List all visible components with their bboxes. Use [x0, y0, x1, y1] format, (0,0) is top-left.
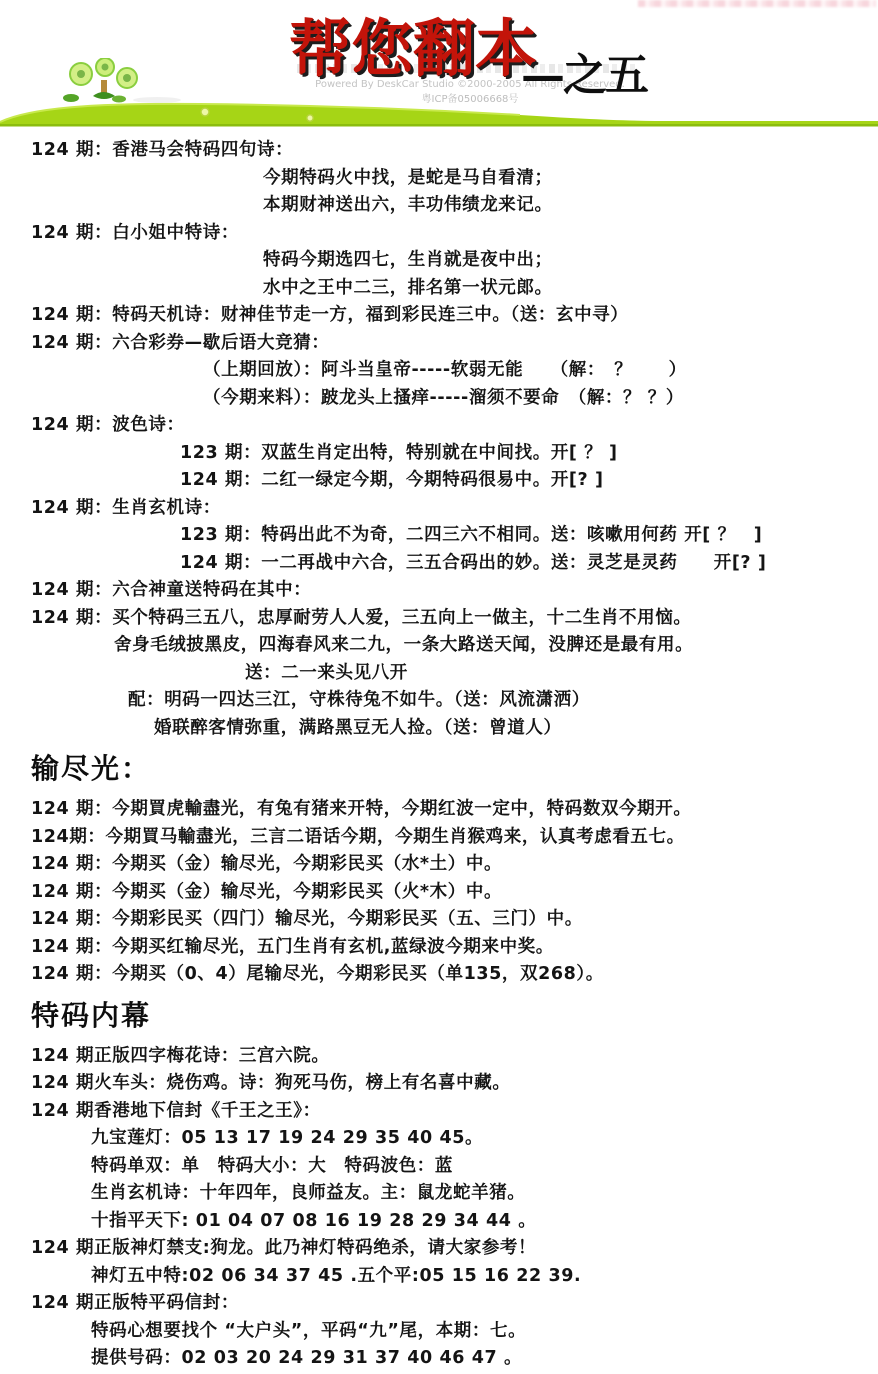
text-line: 配：明码一四达三江，守株待兔不如牛。（送：风流潇洒）: [128, 687, 878, 715]
green-hill-decoration: [0, 98, 878, 132]
text-line: 124 期：波色诗：: [31, 412, 878, 440]
text-line: 生肖玄机诗：十年四年，良师益友。主：鼠龙蛇羊猪。: [91, 1180, 878, 1208]
content-body: 124 期：香港马会特码四句诗：今期特码火中找，是蛇是马自看清；本期财神送出六，…: [0, 133, 878, 1373]
page: Powered By DeskCar Studio ©2000-2005 All…: [0, 0, 878, 1374]
text-line: 提供号码：02 03 20 24 29 31 37 40 46 47 。: [91, 1345, 878, 1373]
text-line: 特码内幕: [31, 998, 878, 1034]
text-line: 124 期：今期买（金）输尽光，今期彩民买（火*木）中。: [31, 879, 878, 907]
text-line: 神灯五中特:02 06 34 37 45 .五个平:05 15 16 22 39…: [91, 1263, 878, 1291]
text-line: 124 期：买个特码三五八，忠厚耐劳人人爱，三五向上一做主，十二生肖不用恼。: [31, 605, 878, 633]
text-line: 124 期正版特平码信封：: [31, 1290, 878, 1318]
text-line: 124 期：生肖玄机诗：: [31, 495, 878, 523]
text-line: 十指平天下: 01 04 07 08 16 19 28 29 34 44 。: [91, 1208, 878, 1236]
text-line: 124 期：特码天机诗：财神佳节走一方，福到彩民连三中。（送：玄中寻）: [31, 302, 878, 330]
page-title-suffix: —之五: [521, 48, 647, 104]
text-line: 124 期：今期买（金）输尽光，今期彩民买（水*土）中。: [31, 851, 878, 879]
text-line: 123 期：双蓝生肖定出特，特别就在中间找。开[ ？ ]: [180, 440, 878, 468]
text-line: 特码心想要找个 “大户头”，平码“九”尾，本期：七。: [91, 1318, 878, 1346]
text-line: 输尽光：: [31, 751, 878, 787]
text-line: 本期财神送出六，丰功伟绩龙来记。: [263, 192, 878, 220]
text-line: 124 期：今期买（0、4）尾输尽光，今期彩民买（单135，双268）。: [31, 961, 878, 989]
text-line: 124 期正版四字梅花诗：三宫六院。: [31, 1043, 878, 1071]
text-line: 送：二一来头见八开: [245, 660, 878, 688]
page-title: 帮您翻本: [289, 0, 537, 98]
text-line: 123 期：特码出此不为奇，二四三六不相同。送：咳嗽用何药 开[ ？ ]: [180, 522, 878, 550]
text-line: 水中之王中二三，排名第一状元郎。: [263, 275, 878, 303]
text-line: 124 期：今期买红输尽光，五门生肖有玄机,蓝绿波今期来中奖。: [31, 934, 878, 962]
text-line: 124 期香港地下信封《千王之王》：: [31, 1098, 878, 1126]
text-line: 九宝莲灯：05 13 17 19 24 29 35 40 45。: [91, 1125, 878, 1153]
text-line: 124期：今期買马輸盡光，三言二语话今期，今期生肖猴鸡来，认真考虑看五七。: [31, 824, 878, 852]
text-line: 舍身毛绒披黑皮，四海春风来二九，一条大路送天闻，没脾还是最有用。: [114, 632, 878, 660]
text-line: 124 期：今期彩民买（四门）输尽光，今期彩民买（五、三门）中。: [31, 906, 878, 934]
text-line: （上期回放）：阿斗当皇帝-----软弱无能 （解： ？ ）: [203, 357, 878, 385]
text-line: （今期来料）：跛龙头上搔痒-----溜须不要命 （解：？ ？）: [203, 385, 878, 413]
faint-top-text-decoration: [638, 0, 876, 7]
text-line: 124 期正版神灯禁支:狗龙。此乃神灯特码绝杀，请大家参考！: [31, 1235, 878, 1263]
text-line: 124 期：六合神童送特码在其中：: [31, 577, 878, 605]
text-line: 婚联醉客情弥重，满路黑豆无人捡。（送：曾道人）: [154, 715, 878, 743]
page-header: Powered By DeskCar Studio ©2000-2005 All…: [0, 0, 878, 133]
text-line: 124 期火车头：烧伤鸡。诗：狗死马伤，榜上有名喜中藏。: [31, 1070, 878, 1098]
text-line: 124 期：二红一绿定今期，今期特码很易中。开[? ]: [180, 467, 878, 495]
text-line: 124 期：六合彩券—歇后语大竞猜：: [31, 330, 878, 358]
text-line: 124 期：今期買虎輸盡光，有兔有猪来开特，今期红波一定中，特码数双今期开。: [31, 796, 878, 824]
text-line: 124 期：白小姐中特诗：: [31, 220, 878, 248]
text-line: 124 期：一二再战中六合，三五合码出的妙。送：灵芝是灵药 开[? ]: [180, 550, 878, 578]
text-line: 特码单双：单 特码大小：大 特码波色：蓝: [91, 1153, 878, 1181]
text-line: 今期特码火中找，是蛇是马自看清；: [263, 165, 878, 193]
text-line: 124 期：香港马会特码四句诗：: [31, 137, 878, 165]
text-line: 特码今期选四七，生肖就是夜中出；: [263, 247, 878, 275]
